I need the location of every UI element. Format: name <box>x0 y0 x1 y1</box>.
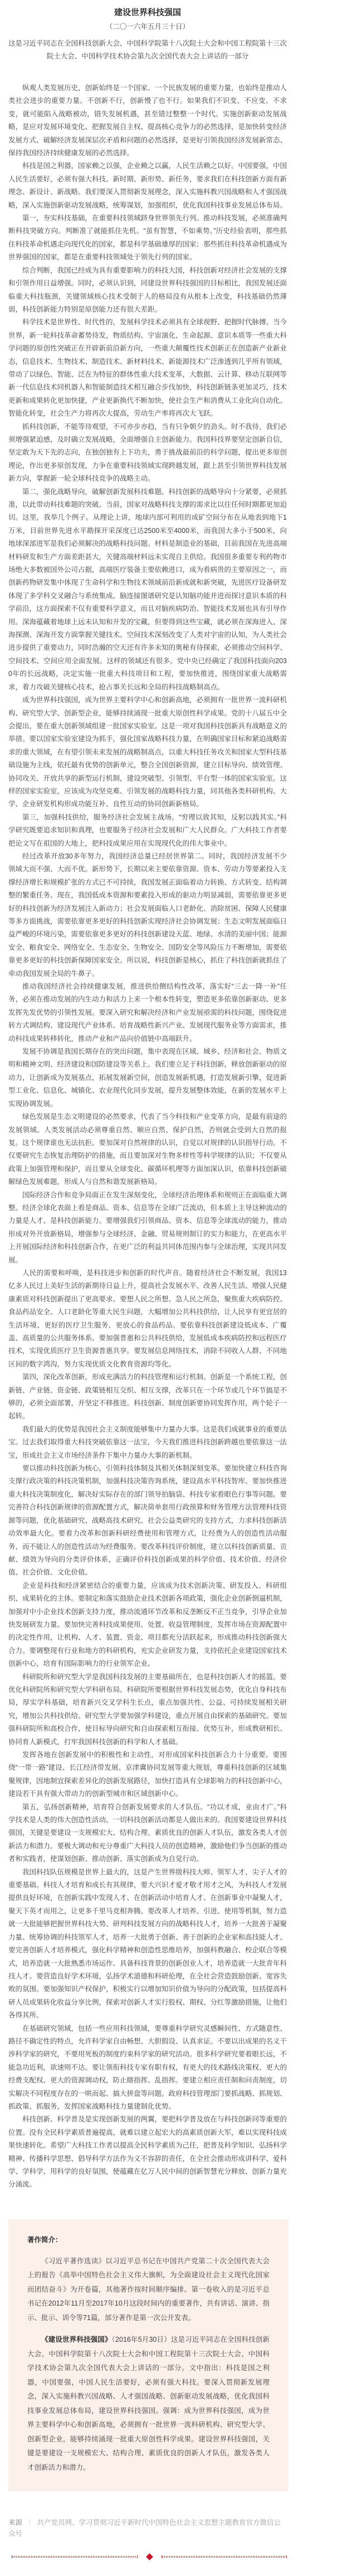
divider-dotted-line-right <box>162 2555 287 2558</box>
body-paragraph: 第三，加强科技供给，服务经济社会发展主战场。“穷理以致其知，反躬以践其实。”科学… <box>8 811 287 850</box>
article-date: （二〇一六年五月三十日） <box>8 21 287 32</box>
body-paragraph: 推动我国经济社会持续健康发展，推进供给侧结构性改革，落实好“三去一降一补”任务，… <box>8 980 287 1045</box>
body-paragraph: 经过改革开放30多年努力，我国经济总量已经居世界第二。同时，我国经济发展不少领域… <box>8 850 287 980</box>
body-paragraph: 综合判断，我国已经成为具有重要影响力的科技大国，科技创新对经济社会发展的支撑和引… <box>8 264 287 317</box>
about-article-summary: （2016年5月30日）这是习近平同志在全国科技创新大会、中国科学院第十八次院士… <box>27 2336 270 2471</box>
body-paragraph: 我们最大的优势是我国社会主义制度能够集中力量办大事。这是我们成就事业的重要法宝。… <box>8 1423 287 1462</box>
body-paragraph: 第五，弘扬创新精神，培育符合创新发展要求的人才队伍。“功以才成，业由才广。”科学… <box>8 1801 287 1866</box>
about-paragraph-article: 《建设世界科技强国》（2016年5月30日）这是习近平同志在全国科技创新大会、中… <box>27 2333 270 2475</box>
body-paragraph: 发挥各地在创新发展中的积极性和主动性，对形成国家科技创新合力十分重要。要围绕“一… <box>8 1749 287 1801</box>
body-paragraph: 国际经济合作和竞争局面正在发生深刻变化，全球经济治理体系和规则正在面临重大调整。… <box>8 1189 287 1267</box>
body-paragraph: 要以推动科技创新为核心，引领科技体制及其相关体制深刻变革。要加快建立科技咨询支撑… <box>8 1462 287 1580</box>
body-paragraph: 纵观人类发展历史，创新始终是一个国家、一个民族发展的重要力量，也始终是推动人类社… <box>8 82 287 160</box>
article-title: 建设世界科技强国 <box>8 7 287 18</box>
divider-dotted-line-left <box>12 2555 138 2558</box>
article-page: 建设世界科技强国 （二〇一六年五月三十日） 这是习近平同志在全国科技创新大会、中… <box>0 0 357 2576</box>
body-paragraph: 第四，深化改革创新，形成充满活力的科技管理和运行机制。创新是一个系统工程，创新链… <box>8 1371 287 1423</box>
body-paragraph: 抓科技创新，不能等待观望，不可亦步亦趋，当有只争朝夕的劲头。时不我待，我们必须增… <box>8 421 287 486</box>
source-separator-icon: ｜ <box>26 2519 33 2526</box>
body-paragraph: 我国科技队伍规模是世界上最大的，这是产生世界级科技大师、领军人才、尖子人才的重要… <box>8 1866 287 2022</box>
source-text: 共产党员网、学习贯彻习近平新时代中国特色社会主义思想主题教育官方微信公众号 <box>8 2519 281 2538</box>
body-paragraph: 在基础研究领域，包括一些应用科技领域，要尊重科学研究灵感瞬间性、方式随意性、路径… <box>8 2022 287 2114</box>
about-paragraph-book: 《习近平著作选读》以习近平总书记在中国共产党第二十次全国代表大会上的报告《高举中… <box>27 2254 270 2326</box>
article-body: 纵观人类发展历史，创新始终是一个国家、一个民族发展的重要力量，也始终是推动人类社… <box>8 82 287 2192</box>
about-box-heading: 著作简介： <box>27 2234 270 2246</box>
body-paragraph: 成为世界科技强国，成为世界主要科学中心和创新高地，必须拥有一批世界一流科研机构、… <box>8 694 287 811</box>
body-paragraph: 第一，夯实科技基础，在重要科技领域跻身世界领先行列。推动科技发展，必须准确判断科… <box>8 212 287 264</box>
body-paragraph: 企业是科技和经济紧密结合的重要力量，应该成为技术创新决策、研发投入、科研组织、成… <box>8 1580 287 1671</box>
body-paragraph: 人民的需要和呼唤，是科技进步和创新的时代声音。随着经济社会不断发展，我国13亿多… <box>8 1267 287 1371</box>
source-label: 来源 <box>8 2519 22 2526</box>
body-paragraph: 发展不协调是我国长期存在的突出问题，集中表现在区域、城乡、经济和社会、物质文明和… <box>8 1045 287 1111</box>
source-line: 来源｜共产党员网、学习贯彻习近平新时代中国特色社会主义思想主题教育官方微信公众号 <box>8 2517 287 2539</box>
article-column: 建设世界科技强国 （二〇一六年五月三十日） 这是习近平同志在全国科技创新大会、中… <box>8 7 287 2192</box>
body-paragraph: 科技创新、科学普及是实现创新发展的两翼，要把科学普及放在与科技创新同等重要的位置… <box>8 2113 287 2191</box>
body-paragraph: 第二，强化战略导向，破解创新发展科技难题。科技创新的战略导向十分紧要，必须抓准，… <box>8 486 287 694</box>
article-intro: 这是习近平同志在全国科技创新大会、中国科学院第十八次院士大会和中国工程院第十三次… <box>8 37 287 63</box>
body-paragraph: 科学技术是世界性、时代性的，发展科学技术必须具有全球视野、把握时代脉搏。当今世界… <box>8 316 287 420</box>
body-paragraph: 绿色发展是生态文明建设的必然要求，代表了当今科技和产业变革方向，是最有前途的发展… <box>8 1111 287 1188</box>
about-box: 著作简介： 《习近平著作选读》以习近平总书记在中国共产党第二十次全国代表大会上的… <box>8 2219 288 2492</box>
footer-divider <box>12 2554 287 2559</box>
about-article-title: 《建设世界科技强国》 <box>41 2336 112 2343</box>
body-paragraph: 科研院所和研究型大学是我国科技发展的主要基础所在，也是科技创新人才的摇篮。要优化… <box>8 1671 287 1749</box>
diamond-icon <box>146 2553 153 2560</box>
body-paragraph: 科技是国之利器，国家赖之以强，企业赖之以赢，人民生活赖之以好。中国要强，中国人民… <box>8 160 287 212</box>
